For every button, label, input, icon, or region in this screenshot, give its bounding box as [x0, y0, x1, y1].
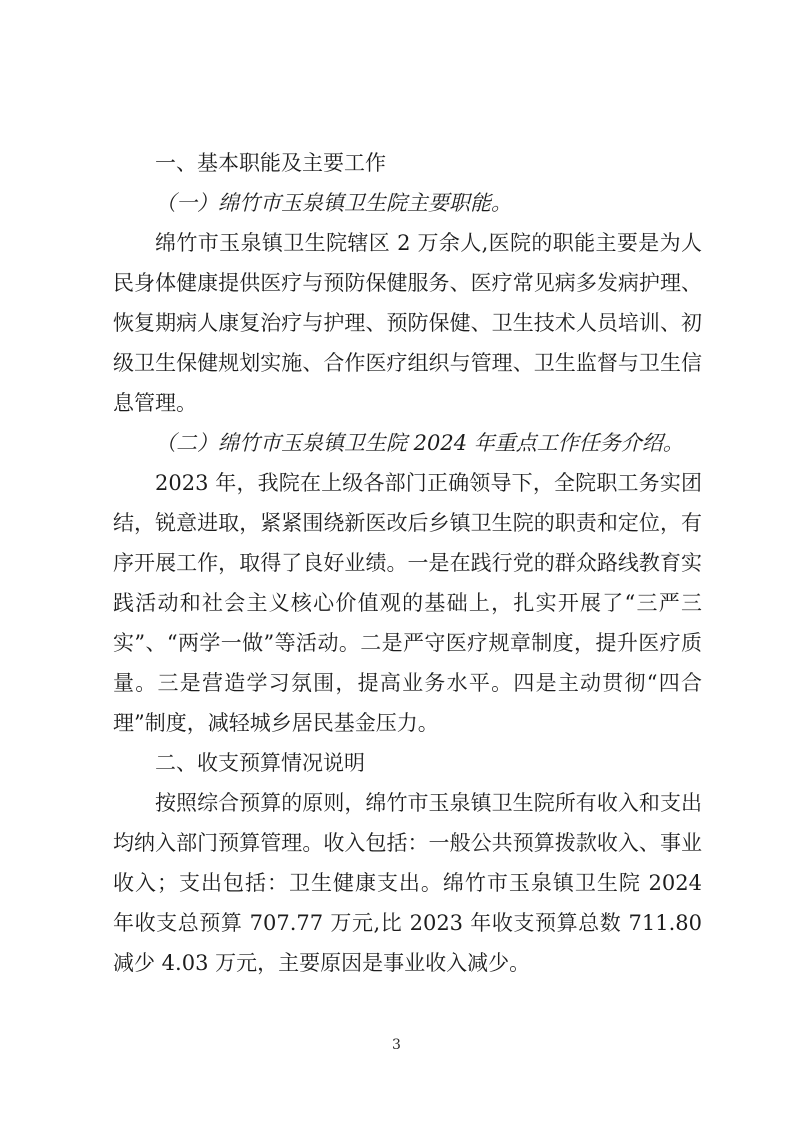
document-page: 一、基本职能及主要工作 （一）绵竹市玉泉镇卫生院主要职能。 绵竹市玉泉镇卫生院辖… — [0, 0, 793, 1122]
document-content: 一、基本职能及主要工作 （一）绵竹市玉泉镇卫生院主要职能。 绵竹市玉泉镇卫生院辖… — [113, 143, 702, 983]
paragraph-hospital-functions: 绵竹市玉泉镇卫生院辖区 2 万余人,医院的职能主要是为人民身体健康提供医疗与预防… — [113, 223, 702, 423]
subsection-heading-main-functions: （一）绵竹市玉泉镇卫生院主要职能。 — [113, 183, 702, 223]
paragraph-budget-summary: 按照综合预算的原则，绵竹市玉泉镇卫生院所有收入和支出均纳入部门预算管理。收入包括… — [113, 783, 702, 983]
section-heading-basic-functions: 一、基本职能及主要工作 — [113, 143, 702, 183]
section-heading-budget-explanation: 二、收支预算情况说明 — [113, 743, 702, 783]
paragraph-2023-achievements: 2023 年，我院在上级各部门正确领导下，全院职工务实团结，锐意进取，紧紧围绕新… — [113, 463, 702, 743]
page-footer: 3 — [0, 1036, 793, 1054]
subsection-heading-2024-key-tasks: （二）绵竹市玉泉镇卫生院 2024 年重点工作任务介绍。 — [113, 423, 702, 463]
page-number: 3 — [392, 1037, 401, 1053]
